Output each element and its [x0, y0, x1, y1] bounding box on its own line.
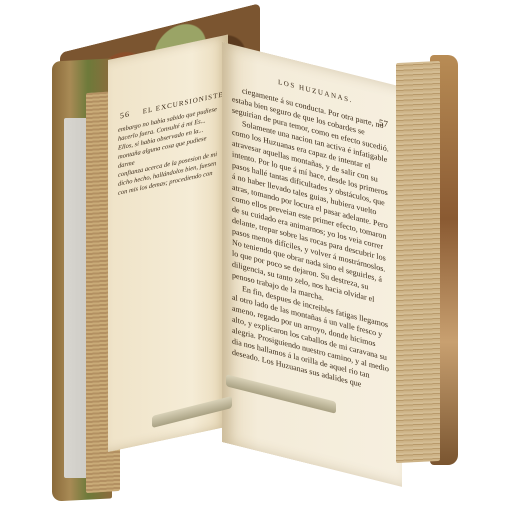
book-photo: 56 EL EXCURSIONISTE embargo no habia sab…: [0, 0, 512, 512]
stand-left-arm: [152, 396, 232, 428]
left-page-number: 56: [120, 109, 130, 120]
acrylic-book-stand: [152, 388, 332, 428]
right-page-text: ciegamente á su conducta. Por otra parte…: [232, 82, 390, 396]
left-page-text: embargo no habia sabido que pudiese hace…: [118, 104, 222, 198]
right-page-block-edge: [396, 61, 440, 463]
